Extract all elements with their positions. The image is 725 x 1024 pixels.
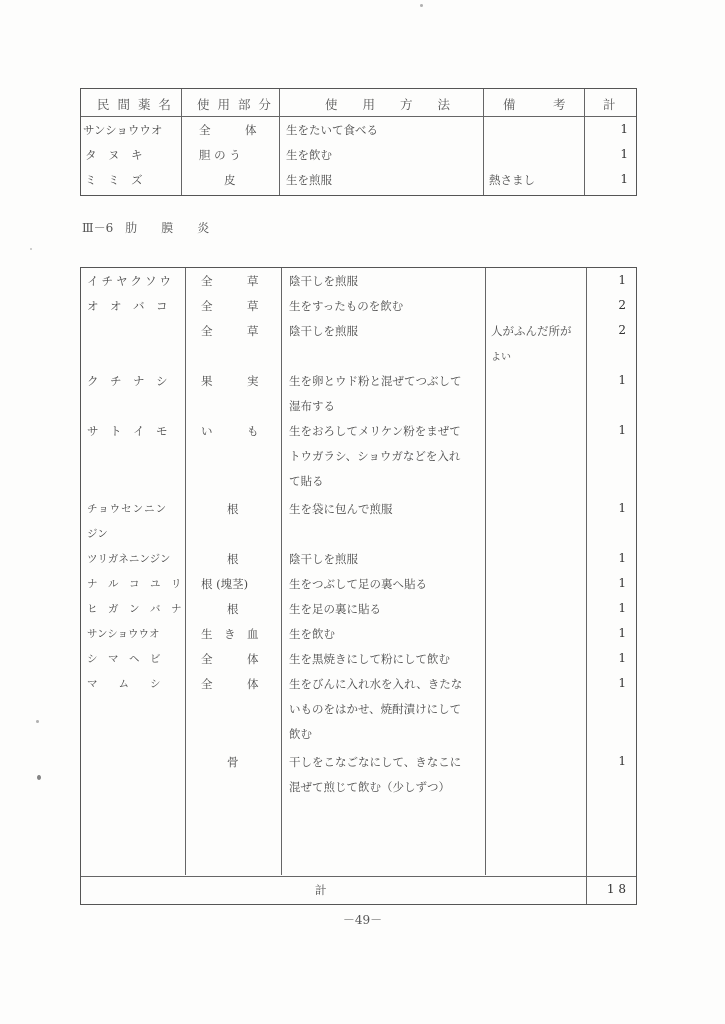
table-row-count: 1 xyxy=(586,147,628,161)
table-row-count: 1 xyxy=(586,172,628,186)
column-divider xyxy=(279,89,280,195)
table-row-name: イチヤクソウ xyxy=(87,273,174,289)
table-row-method: 生をたいて食べる xyxy=(286,122,378,138)
table-row-name: ジン xyxy=(87,526,108,541)
header-count: 計 xyxy=(603,95,616,113)
scan-speck xyxy=(37,775,41,780)
table-row-name: サ ト イ モ xyxy=(87,423,168,439)
header-part: 使 用 部 分 xyxy=(197,95,273,113)
scan-speck xyxy=(30,248,32,250)
table-row-count: 1 xyxy=(588,676,626,690)
table-row-count: 1 xyxy=(588,601,626,615)
table-row-count: 1 xyxy=(586,122,628,136)
table-row-method: 生をおろしてメリケン粉をまぜて xyxy=(289,423,461,439)
table-row-method: 生をすったものを飲む xyxy=(289,298,403,314)
table-row-method: 生を卵とウド粉と混ぜてつぶして xyxy=(289,373,462,389)
column-divider xyxy=(584,89,585,195)
table-row-name: ナ ル コ ユ リ xyxy=(87,576,182,591)
table-row-count: 1 xyxy=(588,273,626,287)
table-row-remarks: 熱さまし xyxy=(489,172,535,188)
table-row-part: 全 草 xyxy=(201,298,259,314)
table-row-count: 1 xyxy=(588,423,626,437)
table-row-part: 根 xyxy=(227,501,239,517)
scan-speck xyxy=(36,720,39,723)
table-row-method: 生をびんに入れ水を入れ、きたな xyxy=(289,676,462,692)
table-row-count: 1 xyxy=(588,373,626,387)
table-row-method: 陰干しを煎服 xyxy=(289,323,358,339)
table-row-name: ク チ ナ シ xyxy=(87,373,168,389)
table-row-method: 湿布する xyxy=(289,398,335,414)
table-row-method: 飲む xyxy=(289,726,312,742)
table-row-remarks: 人がふんだ所が xyxy=(491,323,572,339)
table-row-method: 生を黒焼きにして粉にして飲む xyxy=(289,651,450,667)
table-row-remarks: よい xyxy=(491,348,511,363)
table-row-part: 全 体 xyxy=(199,122,257,138)
table-row-part: 骨 xyxy=(227,754,239,770)
scan-speck xyxy=(420,4,423,7)
table-row-name: サンショウウオ xyxy=(87,626,160,641)
table-row-part: 生 き 血 xyxy=(201,626,259,642)
column-divider xyxy=(281,268,282,875)
table-row-count: 1 xyxy=(588,626,626,640)
table-row-count: 1 xyxy=(588,501,626,515)
table-row-method: 生を袋に包んで煎服 xyxy=(289,501,393,517)
header-method: 使 用 方 法 xyxy=(325,95,450,113)
remedy-table-1: 民 間 薬 名 使 用 部 分 使 用 方 法 備 考 計 サンショウウオ 全 … xyxy=(80,88,637,196)
total-value: 1 8 xyxy=(588,882,626,896)
table-row-method: 生を飲む xyxy=(289,626,335,642)
table-row-count: 1 xyxy=(588,651,626,665)
table-row-part: 全 草 xyxy=(201,273,259,289)
header-divider xyxy=(81,116,636,117)
table-row-name: チョウセンニン xyxy=(87,501,167,516)
table-row-method: いものをはかせ、焼酎漬けにして xyxy=(289,701,461,717)
table-row-method: 生を煎服 xyxy=(286,172,332,188)
table-row-method: 陰干しを煎服 xyxy=(289,273,358,289)
header-remarks: 備 考 xyxy=(503,95,566,113)
table-row-name: タ ヌ キ xyxy=(85,147,143,163)
column-divider xyxy=(185,268,186,875)
table-row-method: 混ぜて煎じて飲む（少しずつ） xyxy=(289,779,450,795)
column-divider xyxy=(586,268,587,904)
table-row-part: 根 xyxy=(227,551,239,567)
table-row-name: ツリガネニンジン xyxy=(87,551,170,566)
table-row-method: 生をつぶして足の裏へ貼る xyxy=(289,576,427,592)
table-row-name: ヒ ガ ン バ ナ xyxy=(87,601,182,616)
table-row-part: 根 xyxy=(227,601,239,617)
header-name: 民 間 薬 名 xyxy=(97,95,173,113)
table-row-part: 胆 の う xyxy=(199,147,241,163)
column-divider xyxy=(483,89,484,195)
page-number: －49－ xyxy=(0,911,725,928)
table-row-method: トウガラシ、ショウガなどを入れ xyxy=(289,448,460,464)
table-row-count: 2 xyxy=(588,323,626,337)
table-row-method: 陰干しを煎服 xyxy=(289,551,358,567)
table-row-part: 全 体 xyxy=(201,651,259,667)
table-row-count: 1 xyxy=(588,754,626,768)
table-row-name: マ ム シ xyxy=(87,676,161,691)
section-title: Ⅲ－6 肋 膜 炎 xyxy=(82,219,209,236)
table-row-part: 全 体 xyxy=(201,676,259,692)
table-row-part: い も xyxy=(201,423,259,439)
table-row-part: 皮 xyxy=(224,172,236,188)
column-divider xyxy=(485,268,486,875)
table-row-count: 1 xyxy=(588,576,626,590)
total-divider xyxy=(81,876,636,877)
column-divider xyxy=(181,89,182,195)
table-row-method: て貼る xyxy=(289,473,324,489)
table-row-method: 生を飲む xyxy=(286,147,332,163)
total-label: 計 xyxy=(315,882,327,898)
remedy-table-2: イチヤクソウ 全 草 陰干しを煎服 1 オ オ バ コ 全 草 生をすったものを… xyxy=(80,267,637,905)
table-row-name: シ マ ヘ ビ xyxy=(87,651,161,666)
table-row-count: 1 xyxy=(588,551,626,565)
table-row-count: 2 xyxy=(588,298,626,312)
table-row-part: 根 (塊茎) xyxy=(201,576,248,592)
table-row-method: 生を足の裏に貼る xyxy=(289,601,381,617)
table-row-name: ミ ミ ズ xyxy=(85,172,143,188)
table-row-part: 果 実 xyxy=(201,373,259,389)
table-row-name: サンショウウオ xyxy=(83,122,162,138)
table-row-name: オ オ バ コ xyxy=(87,298,168,314)
table-row-part: 全 草 xyxy=(201,323,259,339)
table-row-method: 干しをこなごなにして、きなこに xyxy=(289,754,461,770)
